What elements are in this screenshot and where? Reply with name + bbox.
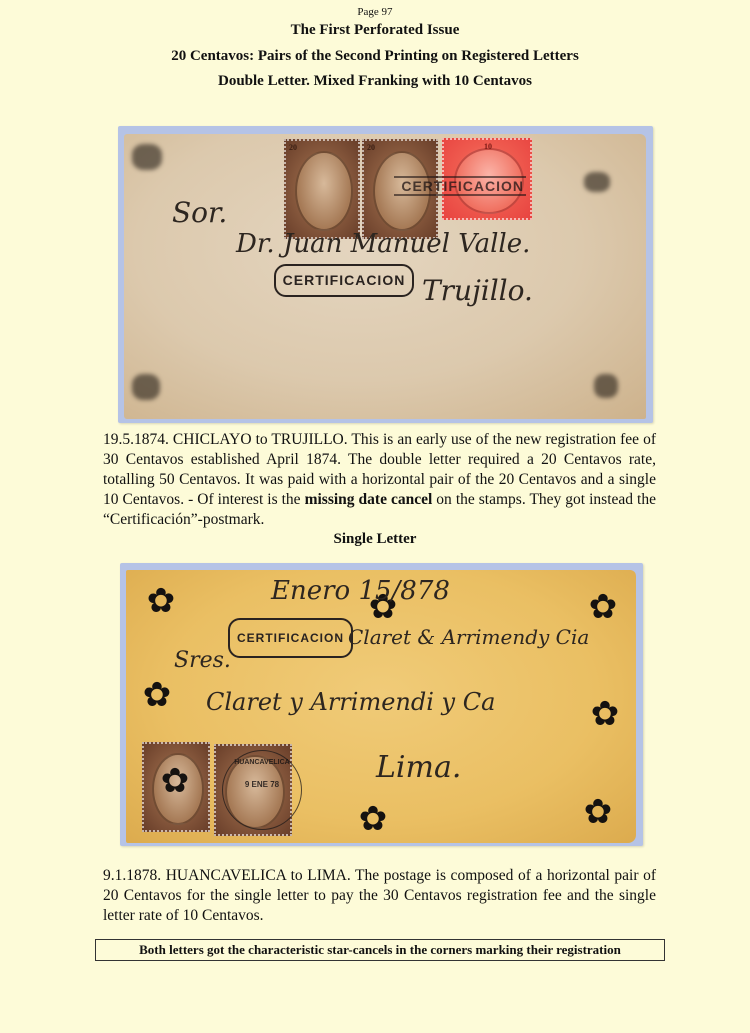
cover-image-huancavelica-lima: ✿ ✿ ✿ ✿ ✿ ✿ ✿ Enero 15/878 CERTIFICACION… — [126, 570, 636, 843]
stamp-20c-1: ✿ — [142, 742, 210, 832]
address-salutation: Sor. — [172, 196, 227, 229]
star-cancel-icon: ✿ — [581, 795, 615, 829]
page-title: The First Perforated Issue — [0, 22, 750, 39]
docket-date: Enero 15/878 — [271, 576, 450, 606]
cover-mount-2: ✿ ✿ ✿ ✿ ✿ ✿ ✿ Enero 15/878 CERTIFICACION… — [120, 563, 643, 846]
stamp-denomination: 10 — [484, 142, 492, 151]
address-name: Claret y Arrimendi y Ca — [206, 688, 495, 716]
star-cancel-icon: ✿ — [356, 802, 390, 836]
address-name: Dr. Juan Manuel Valle. — [236, 229, 530, 259]
page-subtitle: 20 Centavos: Pairs of the Second Printin… — [0, 48, 750, 65]
section-heading-double-letter: Double Letter. Mixed Franking with 10 Ce… — [0, 73, 750, 90]
star-cancel-icon: ✿ — [144, 584, 178, 618]
corner-cancel-top-right — [584, 172, 610, 192]
postmark-town: HUANCAVELICA — [223, 759, 301, 766]
address-city: Trujillo. — [422, 274, 533, 307]
stamp-vignette — [295, 151, 354, 232]
certificacion-handstamp: CERTIFICACION — [228, 618, 353, 658]
certificacion-handstamp: CERTIFICACION — [274, 264, 414, 297]
caption-highlight: missing date cancel — [305, 491, 433, 508]
star-cancel-icon: ✿ — [158, 764, 192, 798]
caption-single-letter: 9.1.1878. HUANCAVELICA to LIMA. The post… — [103, 866, 656, 926]
cover-mount-1: 20 20 10 CERTIFICACION Sor. Dr. Juan Man… — [118, 126, 653, 423]
huancavelica-postmark: HUANCAVELICA 9 ENE 78 — [222, 750, 302, 830]
docket-sender: Claret & Arrimendy Cia — [348, 625, 589, 649]
stamp-denomination: 20 — [367, 143, 375, 152]
postmark-date: 9 ENE 78 — [223, 780, 301, 789]
star-cancel-icon: ✿ — [140, 678, 174, 712]
star-cancel-icon: ✿ — [586, 590, 620, 624]
stamp-denomination: 20 — [289, 143, 297, 152]
certificacion-bar-cancel: CERTIFICACION — [394, 176, 526, 196]
cover-image-chiclayo-trujillo: 20 20 10 CERTIFICACION Sor. Dr. Juan Man… — [124, 134, 646, 419]
corner-cancel-top-left — [132, 144, 162, 170]
page-number: Page 97 — [0, 6, 750, 18]
star-cancel-icon: ✿ — [588, 697, 622, 731]
stamp-20c-1: 20 — [284, 139, 360, 239]
caption-double-letter: 19.5.1874. CHICLAYO to TRUJILLO. This is… — [103, 430, 656, 530]
corner-cancel-bottom-right — [594, 374, 618, 398]
address-salutation: Sres. — [174, 648, 231, 673]
corner-cancel-bottom-left — [132, 374, 160, 400]
section-heading-single-letter: Single Letter — [0, 531, 750, 548]
address-city: Lima. — [376, 750, 461, 785]
note-box: Both letters got the characteristic star… — [95, 939, 665, 961]
